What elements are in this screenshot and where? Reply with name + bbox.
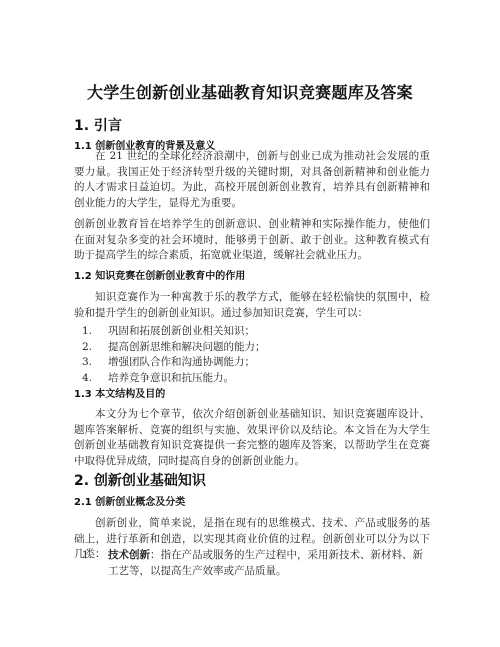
subsection-heading-2-1: 2.1 创新创业概念及分类: [74, 493, 185, 508]
paragraph: 在 21 世纪的全球化经济浪潮中，创新与创业已成为推动社会发展的重要力量。我国正…: [74, 149, 430, 211]
document-page: 大学生创新创业基础教育知识竞赛题库及答案 1. 引言 1.1 创新创业教育的背景…: [0, 0, 500, 647]
term-label: 技术创新: [108, 549, 150, 561]
subsection-heading-1-2: 1.2 知识竞赛在创新创业教育中的作用: [74, 267, 245, 282]
section-heading-2: 2. 创新创业基础知识: [74, 470, 206, 490]
ability-list: 1.巩固和拓展创新创业相关知识； 2.提高创新思维和解决问题的能力； 3.增强团…: [82, 324, 430, 386]
paragraph: 创新创业教育旨在培养学生的创新意识、创业精神和实际操作能力，使他们在面对复杂多变…: [74, 217, 430, 264]
innovation-type-list: 1. 技术创新：指在产品或服务的生产过程中，采用新技术、新材料、新工艺等，以提高…: [82, 548, 430, 579]
list-item: 4.培养竞争意识和抗压能力。: [82, 371, 430, 387]
list-item: 1.巩固和拓展创新创业相关知识；: [82, 324, 430, 340]
subsection-heading-1-3: 1.3 本文结构及目的: [74, 385, 165, 400]
section-heading-1: 1. 引言: [74, 115, 122, 135]
list-item: 3.增强团队合作和沟通协调能力；: [82, 355, 430, 371]
paragraph: 本文分为七个章节，依次介绍创新创业基础知识、知识竞赛题库设计、题库答案解析、竞赛…: [74, 407, 430, 469]
paragraph: 知识竞赛作为一种寓教于乐的教学方式，能够在轻松愉快的氛围中，检验和提升学生的创新…: [74, 290, 430, 321]
document-title: 大学生创新创业基础教育知识竞赛题库及答案: [0, 80, 500, 103]
list-item: 2.提高创新思维和解决问题的能力；: [82, 340, 430, 356]
list-item: 1. 技术创新：指在产品或服务的生产过程中，采用新技术、新材料、新工艺等，以提高…: [82, 548, 430, 579]
